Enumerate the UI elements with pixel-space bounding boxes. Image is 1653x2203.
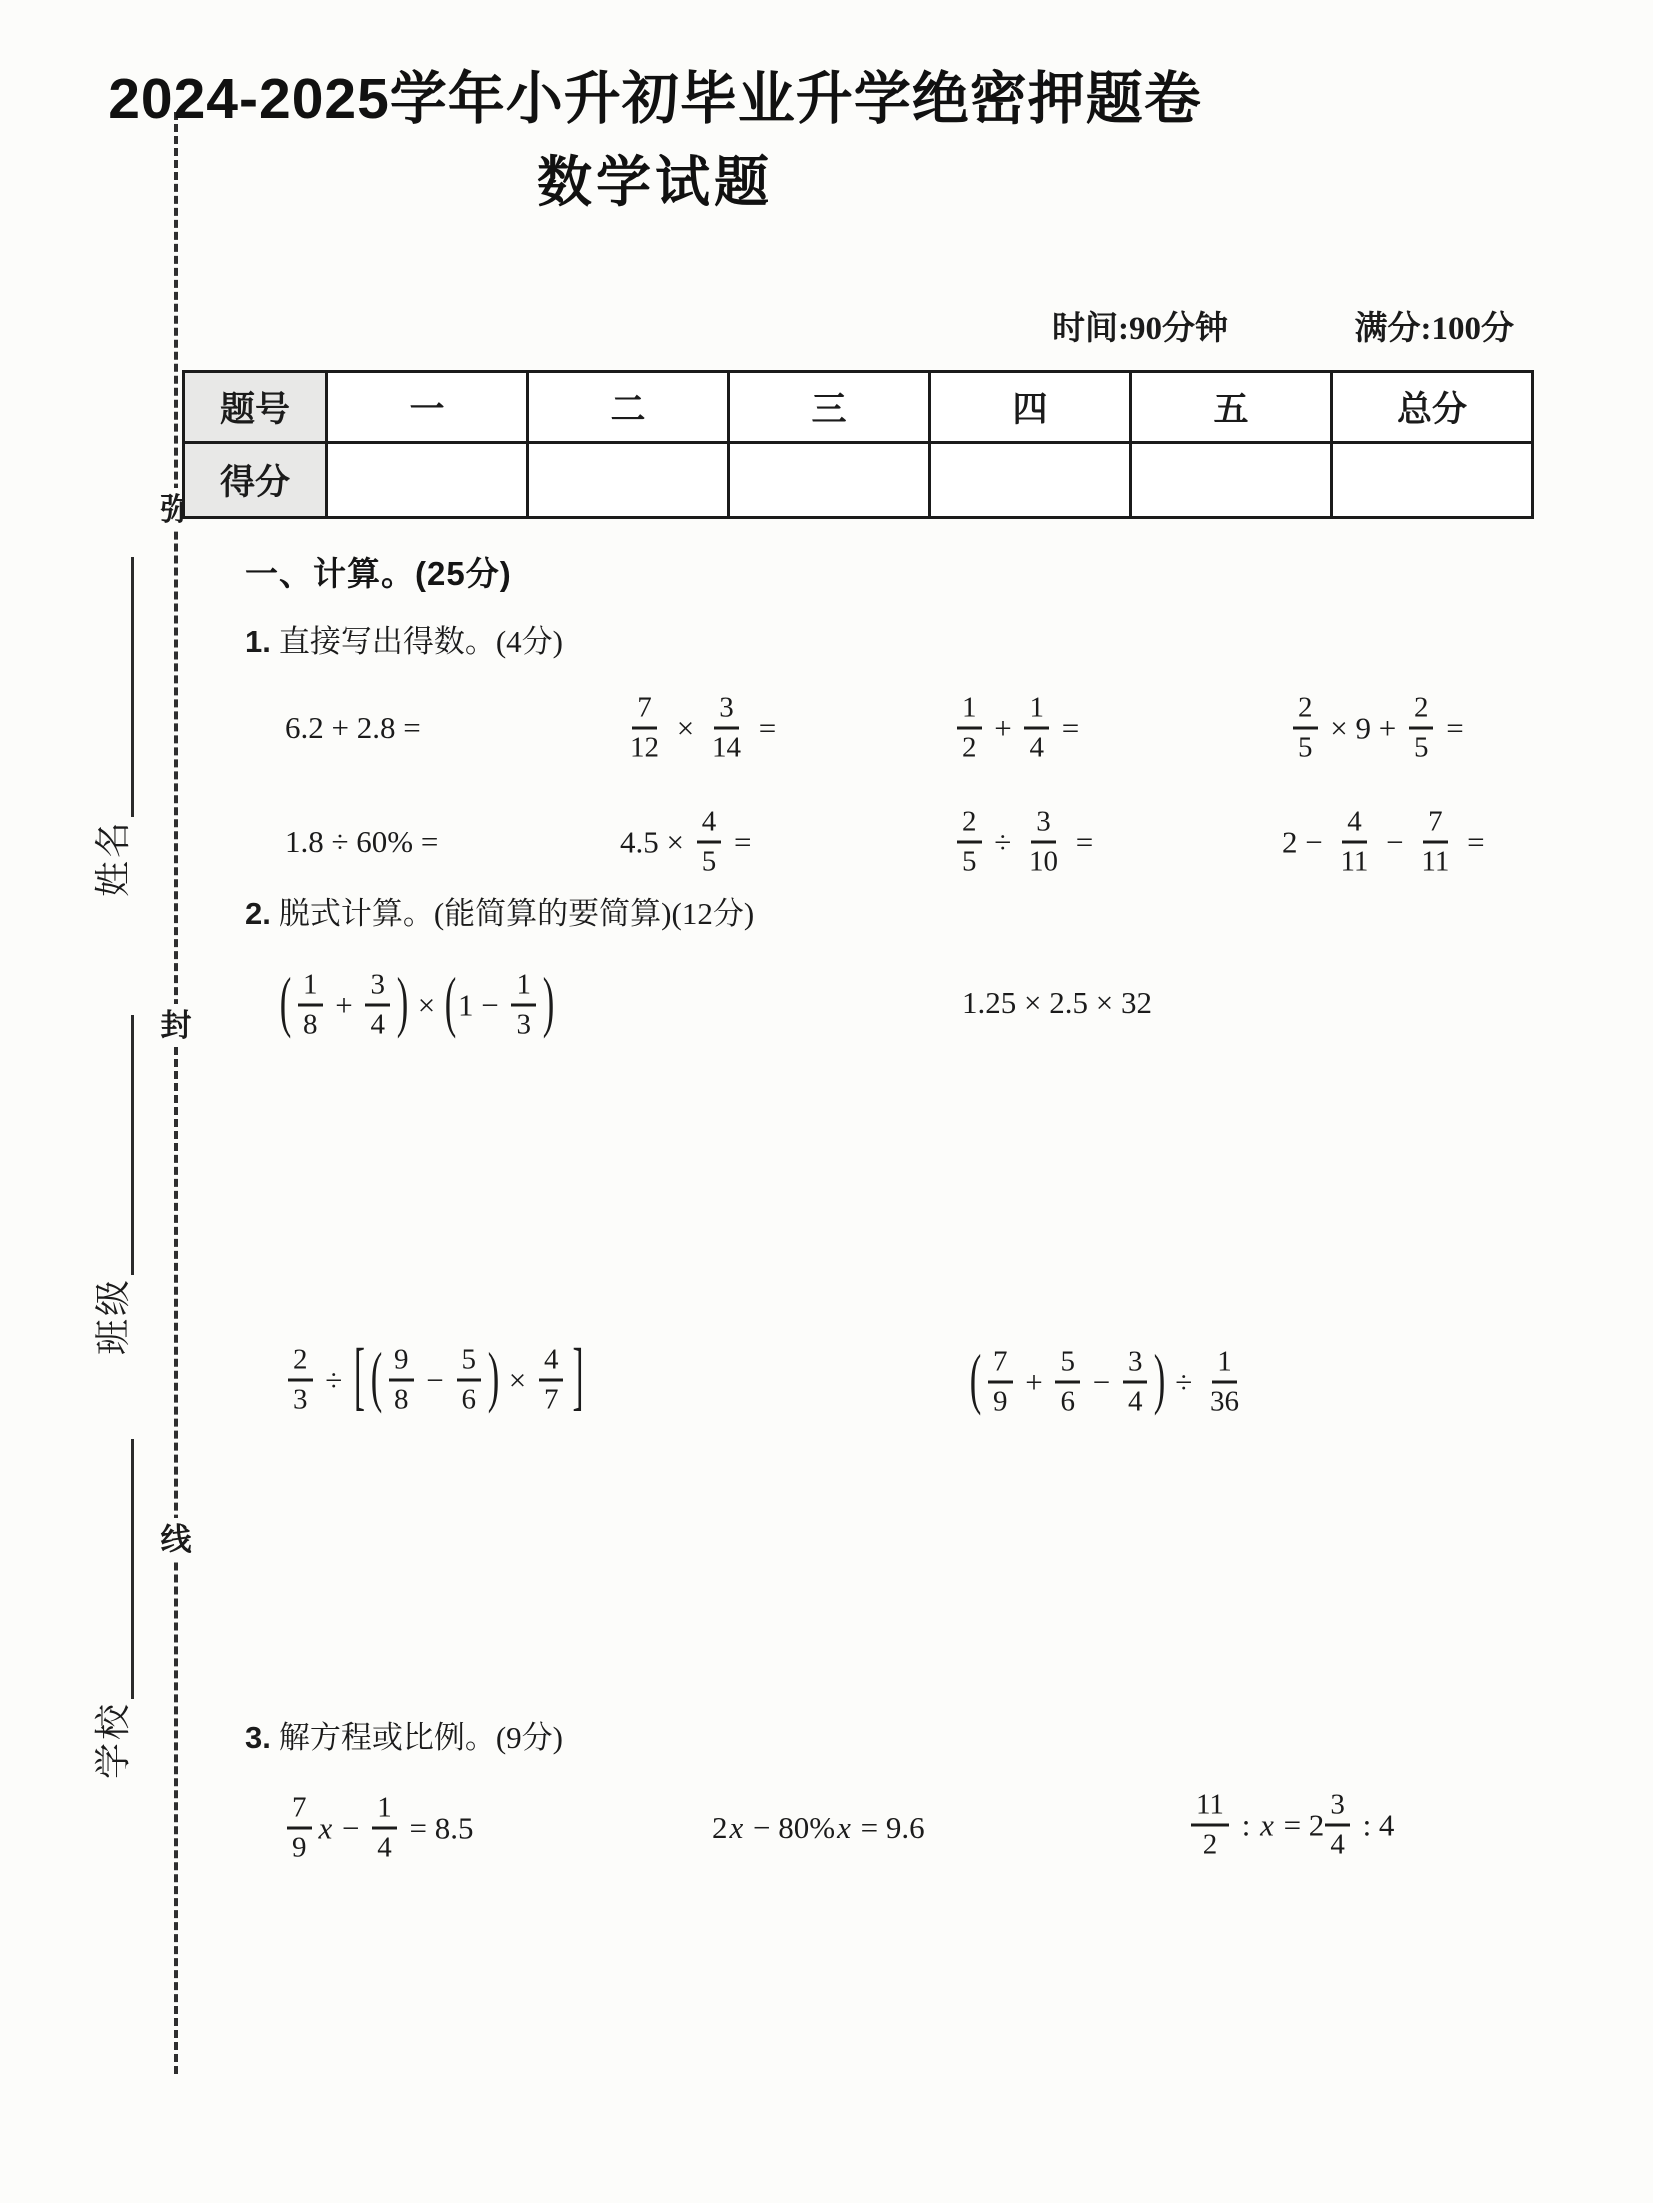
question-3-text: 解方程或比例。(9分) — [279, 1720, 563, 1755]
score-cell-5 — [1131, 443, 1332, 518]
score-label-cell: 得分 — [184, 443, 327, 518]
q1-problem-8: 2 − 411 − 711 = — [1282, 807, 1485, 878]
question-3-number: 3. — [245, 1720, 271, 1755]
q2-expression-1: (18 + 34) × (1 − 13) — [278, 970, 556, 1041]
score-cell-total — [1332, 443, 1533, 518]
col-header-1: 一 — [327, 372, 528, 443]
col-header-2: 二 — [528, 372, 729, 443]
name-field: 姓名 — [90, 557, 134, 897]
score-cell-2 — [528, 443, 729, 518]
q1-problem-7: 25 ÷ 310 = — [952, 807, 1093, 878]
question-3-heading: 3.解方程或比例。(9分) — [245, 1712, 563, 1757]
question-2-heading: 2.脱式计算。(能简算的要简算)(12分) — [245, 888, 754, 933]
class-field: 班级 — [90, 1015, 134, 1355]
col-header-4: 四 — [930, 372, 1131, 443]
seal-char-feng: 封 — [160, 1004, 193, 1047]
q1-problem-3: 12 + 14 = — [952, 693, 1079, 764]
q2-expression-3: 23 ÷ [(98 − 56) × 47] — [283, 1345, 587, 1416]
section-1-title: 一、计算。(25分) — [245, 548, 512, 595]
question-2-number: 2. — [245, 896, 271, 931]
q2-expression-2: 1.25 × 2.5 × 32 — [962, 985, 1152, 1021]
question-1-heading: 1.直接写出得数。(4分) — [245, 616, 563, 661]
class-blank-line — [97, 1015, 134, 1275]
q2-expression-4: (79 + 56 − 34) ÷ 136 — [968, 1347, 1249, 1418]
q1-problem-6: 4.5 × 45 = — [620, 807, 751, 878]
score-table: 题号 一 二 三 四 五 总分 得分 — [182, 370, 1534, 519]
name-field-label: 姓名 — [94, 819, 134, 897]
q3-equation-1: 79x − 14 = 8.5 — [282, 1793, 473, 1864]
exam-meta: 时间:90分钟 满分:100分 — [1052, 302, 1514, 349]
score-cell-1 — [327, 443, 528, 518]
class-field-label: 班级 — [94, 1277, 134, 1355]
q1-problem-2: 712 × 314 = — [620, 693, 776, 764]
table-row: 题号 一 二 三 四 五 总分 — [184, 372, 1533, 443]
question-1-text: 直接写出得数。(4分) — [279, 624, 563, 659]
school-field-label: 学校 — [94, 1701, 134, 1779]
col-header-total: 总分 — [1332, 372, 1533, 443]
exam-subtitle: 数学试题 — [20, 138, 1290, 217]
corner-cell: 题号 — [184, 372, 327, 443]
q3-equation-2: 2x − 80%x = 9.6 — [712, 1810, 925, 1846]
q3-equation-3: 112 : x = 234 : 4 — [1186, 1790, 1394, 1861]
q1-problem-4: 25 × 9 + 25 = — [1288, 693, 1464, 764]
q1-problem-1: 6.2 + 2.8 = — [285, 710, 421, 746]
seal-char-xian: 线 — [160, 1518, 193, 1561]
exam-full-score: 满分:100分 — [1355, 302, 1515, 349]
q1-problem-5: 1.8 ÷ 60% = — [285, 824, 438, 860]
name-blank-line — [97, 557, 134, 817]
school-field: 学校 — [90, 1439, 134, 1779]
col-header-5: 五 — [1131, 372, 1332, 443]
seal-dashed-line — [174, 112, 178, 2074]
col-header-3: 三 — [729, 372, 930, 443]
exam-title: 2024-2025学年小升初毕业升学绝密押题卷 — [20, 68, 1290, 132]
score-cell-4 — [930, 443, 1131, 518]
question-2-text: 脱式计算。(能简算的要简算)(12分) — [279, 896, 754, 931]
score-cell-3 — [729, 443, 930, 518]
exam-time: 时间:90分钟 — [1052, 302, 1228, 349]
question-1-number: 1. — [245, 624, 271, 659]
school-blank-line — [97, 1439, 134, 1699]
table-row: 得分 — [184, 443, 1533, 518]
